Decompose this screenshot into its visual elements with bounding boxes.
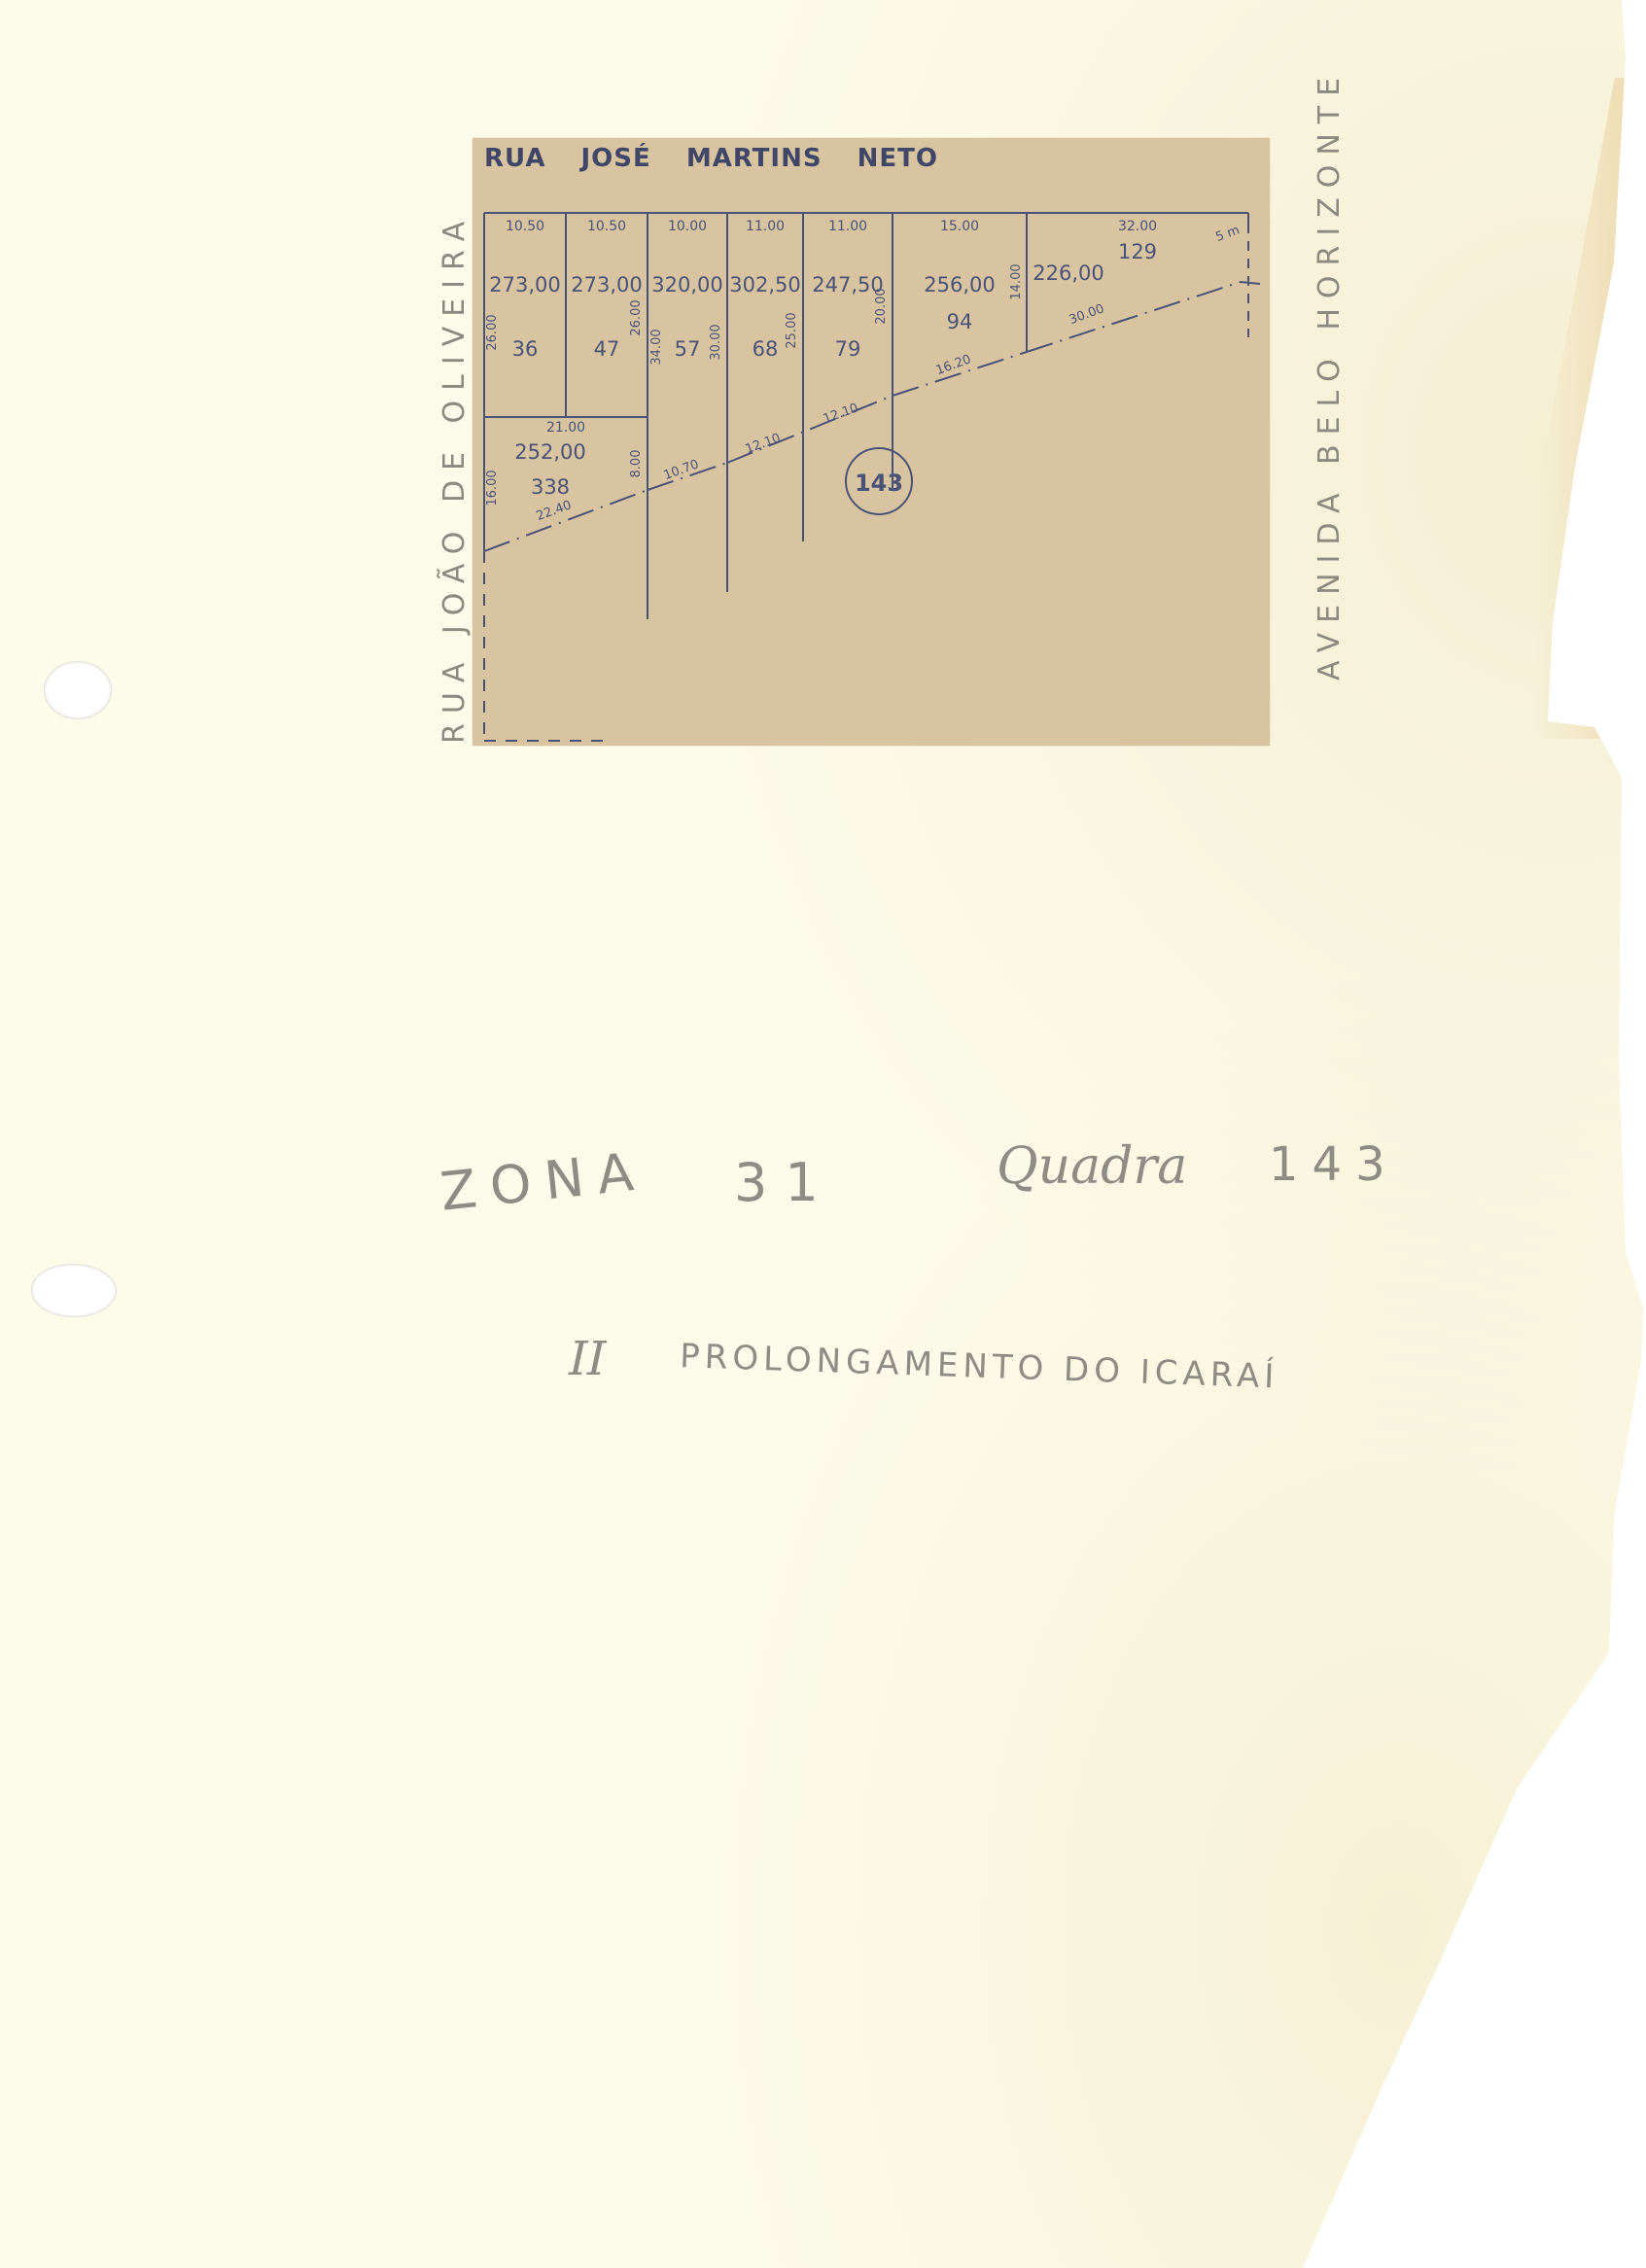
quadra-label: Quadra [997, 1137, 1187, 1196]
svg-text:30.00: 30.00 [1068, 301, 1106, 328]
svg-text:273,00: 273,00 [489, 273, 560, 297]
svg-text:338: 338 [531, 475, 570, 499]
svg-text:26.00: 26.00 [485, 314, 500, 350]
svg-text:21.00: 21.00 [546, 420, 585, 436]
left-street-label: RUA JOÃO DE OLIVEIRA [438, 212, 472, 744]
svg-text:226,00: 226,00 [1033, 262, 1103, 285]
svg-text:32.00: 32.00 [1118, 219, 1157, 234]
svg-text:16.20: 16.20 [934, 352, 973, 378]
svg-text:247,50: 247,50 [812, 273, 883, 297]
svg-text:256,00: 256,00 [924, 273, 995, 297]
svg-text:14.00: 14.00 [1009, 263, 1024, 299]
svg-text:10.00: 10.00 [668, 219, 707, 234]
svg-text:11.00: 11.00 [746, 219, 785, 234]
svg-text:79: 79 [835, 337, 861, 361]
lot-diagram: 10.5010.5010.0011.0011.0015.0032.00273,0… [473, 138, 1270, 746]
svg-text:10.50: 10.50 [587, 219, 626, 234]
svg-text:15.00: 15.00 [940, 219, 979, 234]
svg-text:30.00: 30.00 [709, 324, 723, 360]
svg-text:94: 94 [947, 310, 973, 333]
svg-text:47: 47 [594, 337, 620, 361]
svg-text:22.40: 22.40 [535, 498, 574, 524]
svg-text:129: 129 [1118, 240, 1157, 263]
svg-text:320,00: 320,00 [651, 273, 722, 297]
svg-text:12.10: 12.10 [744, 431, 783, 457]
svg-text:5 m: 5 m [1213, 223, 1242, 245]
svg-text:68: 68 [753, 337, 779, 361]
quadra-number: 143 [1269, 1137, 1399, 1192]
svg-text:143: 143 [855, 470, 903, 497]
svg-text:20.00: 20.00 [874, 288, 889, 324]
punch-hole-bottom [31, 1264, 117, 1317]
svg-text:273,00: 273,00 [571, 273, 642, 297]
svg-text:10.50: 10.50 [506, 219, 544, 234]
right-street-label: AVENIDA BELO HORIZONTE [1313, 68, 1347, 680]
svg-text:16.00: 16.00 [485, 470, 500, 506]
punch-hole-top [44, 661, 112, 719]
svg-text:34.00: 34.00 [649, 329, 664, 365]
svg-text:252,00: 252,00 [514, 440, 585, 464]
svg-text:12.10: 12.10 [822, 401, 860, 427]
svg-text:11.00: 11.00 [828, 219, 867, 234]
svg-text:302,50: 302,50 [729, 273, 800, 297]
svg-text:8.00: 8.00 [629, 450, 644, 478]
svg-text:25.00: 25.00 [785, 312, 799, 348]
zona-number: 31 [734, 1152, 836, 1213]
scanned-page: RUA JOÃO DE OLIVEIRA AVENIDA BELO HORIZO… [0, 0, 1646, 2268]
block-map-clipping: RUA JOSÉ MARTINS NETO 10.5010.5010.0011.… [473, 138, 1270, 746]
svg-text:26.00: 26.00 [629, 299, 644, 335]
svg-text:36: 36 [512, 337, 539, 361]
svg-text:57: 57 [675, 337, 701, 361]
